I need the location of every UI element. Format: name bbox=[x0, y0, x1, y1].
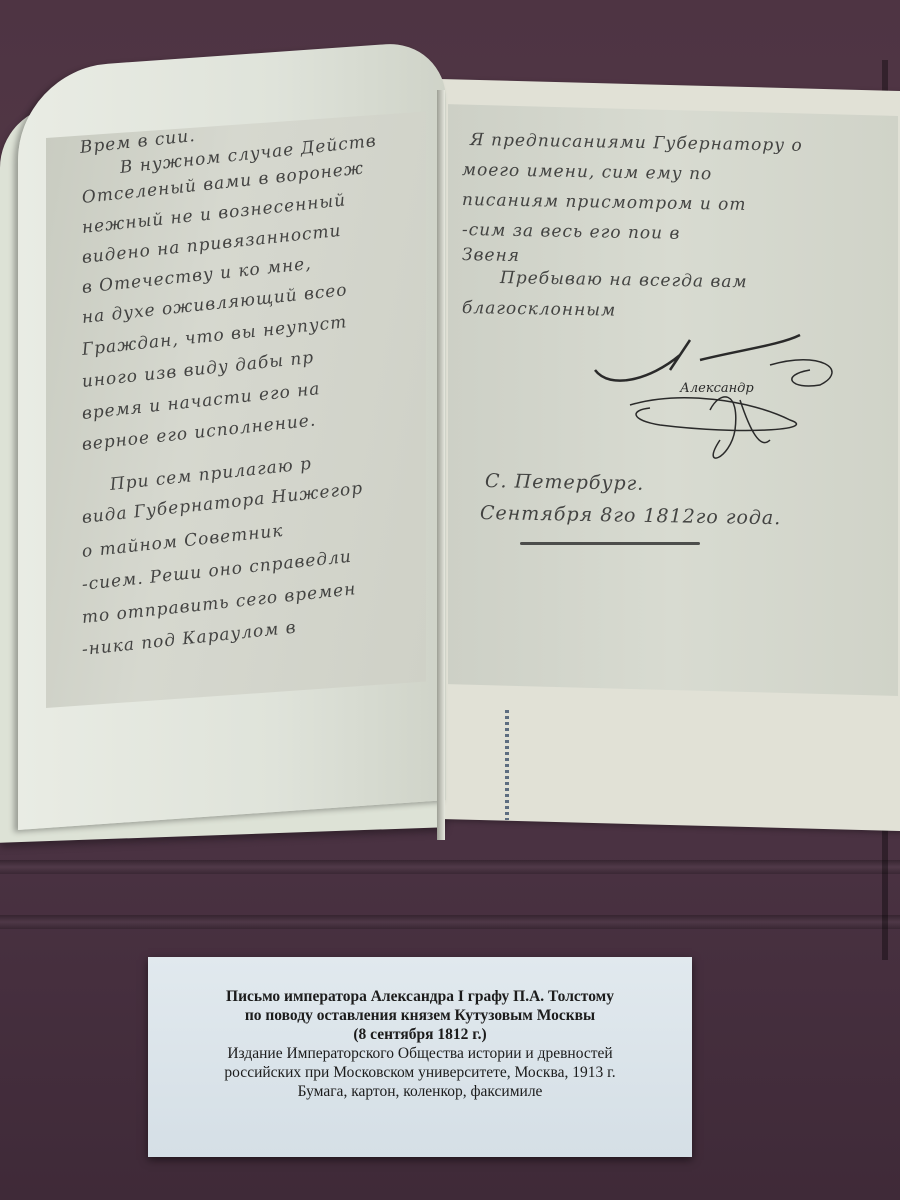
place-line: С. Петербург. bbox=[485, 470, 645, 495]
label-title: Письмо императора Александра I графу П.А… bbox=[148, 987, 692, 1044]
exhibit-label: Письмо императора Александра I графу П.А… bbox=[148, 957, 692, 1157]
label-title-line: (8 сентября 1812 г.) bbox=[148, 1025, 692, 1044]
velvet-fold bbox=[0, 860, 900, 874]
label-body-line: российских при Московском университете, … bbox=[148, 1063, 692, 1082]
open-book: Врем в сии. В нужном случае Действ Отсел… bbox=[0, 30, 900, 810]
velvet-fold bbox=[0, 915, 900, 929]
handwritten-line: благосклонным bbox=[462, 298, 617, 321]
signature-flourish-icon: Александр bbox=[590, 330, 850, 470]
label-body-line: Бумага, картон, коленкор, факсимиле bbox=[148, 1082, 692, 1101]
handwritten-line: Звеня bbox=[462, 245, 520, 266]
label-body: Издание Императорского Общества истории … bbox=[148, 1044, 692, 1101]
label-body-line: Издание Императорского Общества истории … bbox=[148, 1044, 692, 1063]
label-title-line: Письмо императора Александра I графу П.А… bbox=[148, 987, 692, 1006]
date-underline bbox=[520, 542, 700, 545]
svg-text:Александр: Александр bbox=[679, 381, 754, 396]
handwritten-line: -сим за весь его пои в bbox=[462, 220, 681, 244]
book-gutter bbox=[437, 90, 445, 840]
label-title-line: по поводу оставления князем Кутузовым Мо… bbox=[148, 1006, 692, 1025]
spine-stitching bbox=[505, 710, 509, 820]
